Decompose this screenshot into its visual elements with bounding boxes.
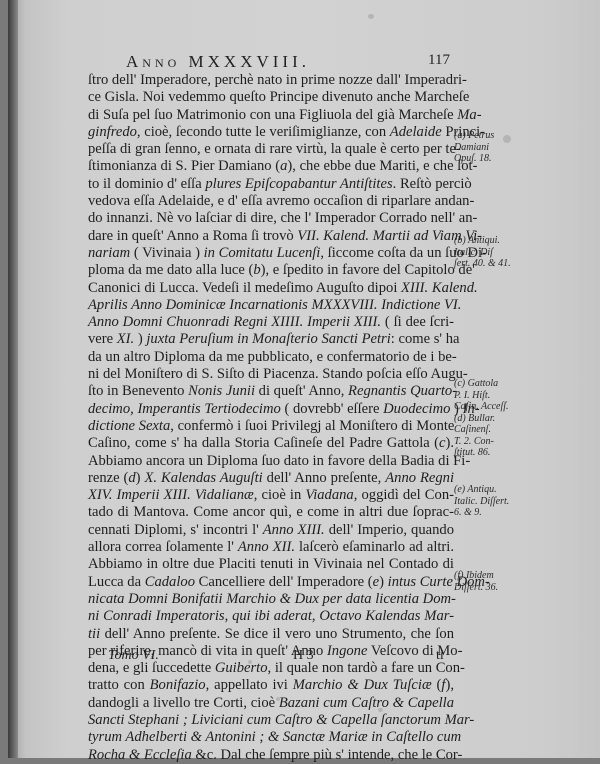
text-run: , confermò i ſuoi Privilegj al Moniſtero…	[170, 418, 454, 434]
text-run: Abbiamo ancora un Diploma ſuo dato in fa…	[88, 453, 470, 469]
margin-note: (e) Antiqu.Italic. Diſſert.6. & 9.	[454, 484, 534, 519]
text-run: laſcerò eſaminarlo ad altri.	[295, 539, 454, 555]
italic-text-run: decimo, Imperantis Tertiodecimo	[88, 401, 281, 417]
italic-text-run: in Comitatu Lucenſi	[204, 245, 321, 261]
text-run: dare in queſt' Anno a Roma ſi trovò	[88, 228, 297, 244]
italic-text-run: Cadaloo	[145, 574, 195, 590]
italic-text-run: Anno XIII.	[263, 522, 325, 538]
text-run: dell' Imperio, quando	[325, 522, 454, 538]
text-line: Rocha & Eccleſia &c. Dal che ſempre più …	[88, 747, 454, 758]
book-page: Anno MXXXVIII. 117 ſtro dell' Imperadore…	[8, 0, 600, 758]
text-line: ginfredo, cioè, ſecondo tutte le veriſim…	[88, 124, 454, 141]
text-run: di Suſa pel ſuo Matrimonio con una Figli…	[88, 107, 457, 123]
text-run: . Reſtò perciò	[393, 176, 472, 192]
text-run: ploma da me dato alla luce (	[88, 262, 253, 278]
text-run: ce Gisla. Noi vedemmo queſto Principe di…	[88, 89, 469, 105]
text-line: dare in queſt' Anno a Roma ſi trovò VII.…	[88, 228, 454, 245]
italic-text-run: Anno Regni	[385, 470, 454, 486]
text-run: ).	[445, 435, 454, 451]
text-line: cennati Diplomi, s' incontri l' Anno XII…	[88, 522, 454, 539]
text-line: do innanzi. Nè vo laſciar di dire, che l…	[88, 210, 454, 227]
text-line: ſtro dell' Imperadore, perchè nato in pr…	[88, 72, 454, 89]
text-line: Aprilis Anno Dominicæ Incarnationis MXXX…	[88, 297, 454, 314]
text-run: , cioè, ſecondo tutte le veriſimiglianze…	[137, 124, 390, 140]
text-line: allora correa ſolamente l' Anno XII. laſ…	[88, 539, 454, 556]
text-run: &c. Dal che ſempre più s' intende, che l…	[192, 747, 463, 758]
text-run: ſto in Benevento	[88, 383, 188, 399]
margin-note-line: ſtitut. 86.	[454, 447, 534, 459]
italic-text-run: Ma-	[457, 107, 481, 123]
italic-text-run: ni Conradi Imperatoris	[88, 608, 225, 624]
margin-note-line: ſert. 40. & 41.	[454, 258, 534, 270]
text-line: Abbiamo in oltre due Placiti tenuti in V…	[88, 556, 454, 573]
text-line: Caſino, come s' ha dalla Storia Caſineſe…	[88, 435, 454, 452]
margin-note: (b) Antiqui.Italic. Diſſert. 40. & 41.	[454, 235, 534, 270]
margin-note-line: 6. & 9.	[454, 507, 534, 519]
italic-text-run: Sancti Stephani ; Liviciani cum Caſtro &…	[88, 712, 474, 728]
margin-note-line: (b) Antiqui.	[454, 235, 534, 247]
text-run: ſtimonianza di S. Pier Damiano (	[88, 158, 280, 174]
text-run: ),	[445, 677, 454, 693]
text-run: Abbiamo in oltre due Placiti tenuti in V…	[88, 556, 454, 572]
text-run: ni del Moniſtero di S. Siſto di Piacenza…	[88, 366, 468, 382]
margin-note-line: (f) Ibidem	[454, 570, 534, 582]
text-line: tyrum Adhelberti & Antonini ; & Sanctæ M…	[88, 729, 454, 746]
text-run: dandogli a livello tre Corti, cioè	[88, 695, 279, 711]
text-line: ſto in Benevento Nonis Junii di queſt' A…	[88, 383, 454, 400]
italic-text-run: tyrum Adhelberti & Antonini ; & Sanctæ M…	[88, 729, 461, 745]
text-line: da un altro Diploma da me pubblicato, e …	[88, 349, 454, 366]
italic-text-run: XIII. Kalend.	[401, 280, 478, 296]
text-line: nariam ( Vivinaia ) in Comitatu Lucenſi,…	[88, 245, 454, 262]
italic-text-run: Bonifazio	[150, 677, 206, 693]
text-run: di queſt' Anno,	[255, 383, 348, 399]
text-run: cennati Diplomi, s' incontri l'	[88, 522, 263, 538]
italic-text-run: Duodecimo	[383, 401, 450, 417]
page-header: Anno MXXXVIII. 117	[126, 52, 446, 72]
margin-note-line: (a) Petrus	[454, 130, 534, 142]
text-run: , appellato ivi	[206, 677, 293, 693]
text-run: , oggidì del Con-	[354, 487, 454, 503]
italic-text-run: ginfredo	[88, 124, 137, 140]
text-line: ni del Moniſtero di S. Siſto di Piacenza…	[88, 366, 454, 383]
text-line: Sancti Stephani ; Liviciani cum Caſtro &…	[88, 712, 454, 729]
italic-text-run: X. Kalendas Auguſti	[144, 470, 262, 486]
text-run: ( dovrebb' eſſere	[281, 401, 383, 417]
text-run: dell' Anno preſente. Se dice il vero uno…	[100, 626, 454, 642]
text-line: peſſa di gran ſenno, e ornata di rare vi…	[88, 141, 454, 158]
italic-text-run: plures Epiſcopabantur Antiſtites	[205, 176, 392, 192]
italic-text-run: Aprilis Anno Dominicæ Incarnationis MXXX…	[88, 297, 461, 313]
running-head: Anno MXXXVIII.	[126, 52, 310, 72]
margin-note: (a) PetrusDamianiOpuſ. 18.	[454, 130, 534, 165]
italic-text-run: Anno XII.	[238, 539, 295, 555]
text-line: Canonici di Lucca. Vedeſi il medeſimo Au…	[88, 280, 454, 297]
page-footer: Tomo VI. H 3 ti	[108, 648, 458, 666]
text-run: ſtro dell' Imperadore, perchè nato in pr…	[88, 72, 467, 88]
margin-note-line: Italic. Diſ	[454, 247, 534, 259]
text-run: to il dominio d' eſſa	[88, 176, 205, 192]
text-run: )	[134, 331, 146, 347]
text-run: : come s' ha	[391, 331, 460, 347]
margin-note: (f) IbidemDiſſert. 36.	[454, 570, 534, 593]
text-run: tado di Mantova. Come ancor quì, e come …	[88, 504, 454, 520]
margin-note: (c) GattolaP. I. Hiſt.Caſin. Acceſſ.(d) …	[454, 378, 534, 459]
text-run: ,	[225, 608, 232, 624]
paper-stain	[368, 14, 374, 19]
margin-note-line: (c) Gattola	[454, 378, 534, 390]
italic-text-run: d	[128, 470, 135, 486]
italic-text-run: Octavo Kalendas Mar-	[319, 608, 454, 624]
text-line: ploma da me dato alla luce (b), e ſpedit…	[88, 262, 454, 279]
text-run: da un altro Diploma da me pubblicato, e …	[88, 349, 457, 365]
margin-note-line: Italic. Diſſert.	[454, 496, 534, 508]
italic-text-run: Adelaide	[390, 124, 442, 140]
text-run: Canonici di Lucca. Vedeſi il medeſimo Au…	[88, 280, 401, 296]
text-line: Anno Domni Chuonradi Regni XIIII. Imperi…	[88, 314, 454, 331]
text-line: vere XI. ) juxta Peruſium in Monaſterio …	[88, 331, 454, 348]
italic-text-run: Rocha & Eccleſia	[88, 747, 192, 758]
text-line: Abbiamo ancora un Diploma ſuo dato in fa…	[88, 453, 454, 470]
text-run: vere	[88, 331, 117, 347]
text-line: tii dell' Anno preſente. Se dice il vero…	[88, 626, 454, 643]
italic-text-run: Regnantis Quarto-	[348, 383, 457, 399]
italic-text-run: tii	[88, 626, 100, 642]
italic-text-run: Marchio & Dux Tuſciæ	[293, 677, 432, 693]
italic-text-run: Viadana	[305, 487, 353, 503]
italic-text-run: qui ibi aderat	[232, 608, 312, 624]
catchword: ti	[436, 648, 444, 664]
text-line: XIV. Imperii XIII. Vidalianæ, cioè in Vi…	[88, 487, 454, 504]
text-run: Lucca da	[88, 574, 145, 590]
printer-signature: H 3	[293, 648, 314, 664]
text-line: to il dominio d' eſſa plures Epiſcopaban…	[88, 176, 454, 193]
italic-text-run: dictione Sexta	[88, 418, 170, 434]
text-line: nicata Domni Bonifatii Marchio & Dux per…	[88, 591, 454, 608]
text-line: ſtimonianza di S. Pier Damiano (a), che …	[88, 158, 454, 175]
italic-text-run: nicata Domni Bonifatii Marchio & Dux per…	[88, 591, 456, 607]
text-run: )	[379, 574, 388, 590]
italic-text-run: Anno Domni Chuonradi Regni XIIII. Imperi…	[88, 314, 381, 330]
text-run: vedova eſſa Adelaide, e d' eſſa avremo o…	[88, 193, 474, 209]
volume-label: Tomo VI.	[108, 648, 159, 664]
italic-text-run: XI.	[117, 331, 134, 347]
page-number: 117	[428, 52, 450, 69]
margin-note-line: Caſin. Acceſſ.	[454, 401, 534, 413]
text-run: ( Vivinaia )	[130, 245, 203, 261]
italic-text-run: Bazani cum Caſtro & Capella	[279, 695, 454, 711]
text-run: allora correa ſolamente l'	[88, 539, 238, 555]
text-line: tado di Mantova. Come ancor quì, e come …	[88, 504, 454, 521]
text-line: vedova eſſa Adelaide, e d' eſſa avremo o…	[88, 193, 454, 210]
text-line: di Suſa pel ſuo Matrimonio con una Figli…	[88, 107, 454, 124]
text-line: tratto con Bonifazio, appellato ivi Marc…	[88, 677, 454, 694]
margin-note-line: Caſinenſ.	[454, 424, 534, 436]
italic-text-run: juxta Peruſium in Monaſterio Sancti Petr…	[146, 331, 390, 347]
margin-note-line: Opuſ. 18.	[454, 153, 534, 165]
text-run: ), che ebbe due Mariti, e che ſot-	[287, 158, 477, 174]
text-run: ), e ſpedito in favore del Capitolo de'	[261, 262, 475, 278]
text-run: do innanzi. Nè vo laſciar di dire, che l…	[88, 210, 477, 226]
text-line: decimo, Imperantis Tertiodecimo ( dovreb…	[88, 401, 454, 418]
text-run: renze (	[88, 470, 128, 486]
text-run: (	[432, 677, 442, 693]
text-line: ni Conradi Imperatoris, qui ibi aderat, …	[88, 608, 454, 625]
margin-note-line: P. I. Hiſt.	[454, 390, 534, 402]
text-run: dell' Anno preſente,	[263, 470, 386, 486]
italic-text-run: Nonis Junii	[188, 383, 255, 399]
italic-text-run: nariam	[88, 245, 130, 261]
text-run: peſſa di gran ſenno, e ornata di rare vi…	[88, 141, 461, 157]
margin-note-line: Damiani	[454, 142, 534, 154]
italic-text-run: b	[253, 262, 260, 278]
text-line: dictione Sexta, confermò i ſuoi Privileg…	[88, 418, 454, 435]
text-line: renze (d) X. Kalendas Auguſti dell' Anno…	[88, 470, 454, 487]
margin-note-line: (d) Bullar.	[454, 413, 534, 425]
text-line: Lucca da Cadaloo Cancelliere dell' Imper…	[88, 574, 454, 591]
margin-note-line: Diſſert. 36.	[454, 582, 534, 594]
margin-note-line: (e) Antiqu.	[454, 484, 534, 496]
italic-text-run: XIV. Imperii XIII. Vidalianæ	[88, 487, 254, 503]
text-run: Caſino, come s' ha dalla Storia Caſineſe…	[88, 435, 439, 451]
margin-note-line: T. 2. Con-	[454, 436, 534, 448]
text-run: tratto con	[88, 677, 150, 693]
book-spine-shadow	[8, 0, 18, 758]
text-run: Cancelliere dell' Imperadore (	[195, 574, 373, 590]
text-run: ( ſi dee ſcri-	[381, 314, 454, 330]
text-line: ce Gisla. Noi vedemmo queſto Principe di…	[88, 89, 454, 106]
text-run: , cioè in	[254, 487, 306, 503]
text-line: dandogli a livello tre Corti, cioè Bazan…	[88, 695, 454, 712]
